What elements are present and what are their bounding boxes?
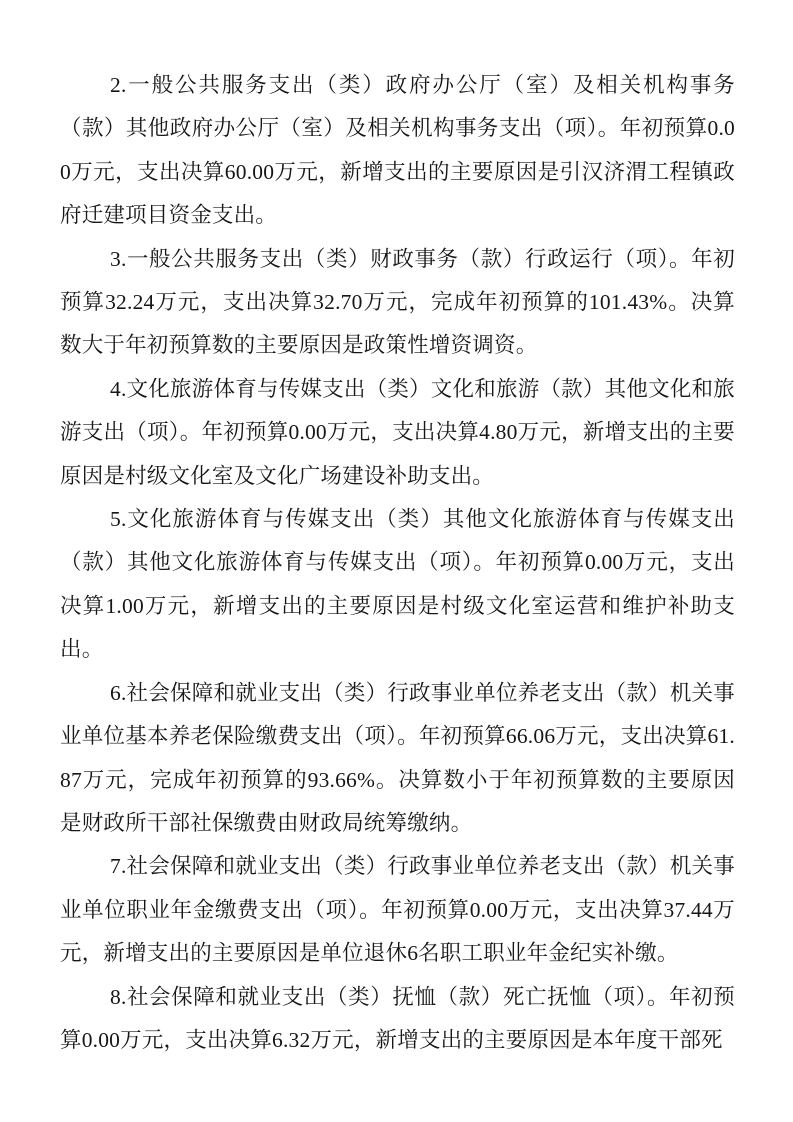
paragraph-item-6: 6.社会保障和就业支出（类）行政事业单位养老支出（款）机关事业单位基本养老保险缴… xyxy=(60,672,735,846)
paragraph-item-2: 2.一般公共服务支出（类）政府办公厅（室）及相关机构事务（款）其他政府办公厅（室… xyxy=(60,64,735,238)
paragraph-item-3: 3.一般公共服务支出（类）财政事务（款）行政运行（项）。年初预算32.24万元，… xyxy=(60,238,735,368)
paragraph-item-5: 5.文化旅游体育与传媒支出（类）其他文化旅游体育与传媒支出（款）其他文化旅游体育… xyxy=(60,498,735,672)
document-page: 2.一般公共服务支出（类）政府办公厅（室）及相关机构事务（款）其他政府办公厅（室… xyxy=(0,0,793,1122)
paragraph-item-7: 7.社会保障和就业支出（类）行政事业单位养老支出（款）机关事业单位职业年金缴费支… xyxy=(60,845,735,975)
paragraph-item-4: 4.文化旅游体育与传媒支出（类）文化和旅游（款）其他文化和旅游支出（项）。年初预… xyxy=(60,368,735,498)
paragraph-item-8: 8.社会保障和就业支出（类）抚恤（款）死亡抚恤（项）。年初预算0.00万元，支出… xyxy=(60,976,735,1063)
